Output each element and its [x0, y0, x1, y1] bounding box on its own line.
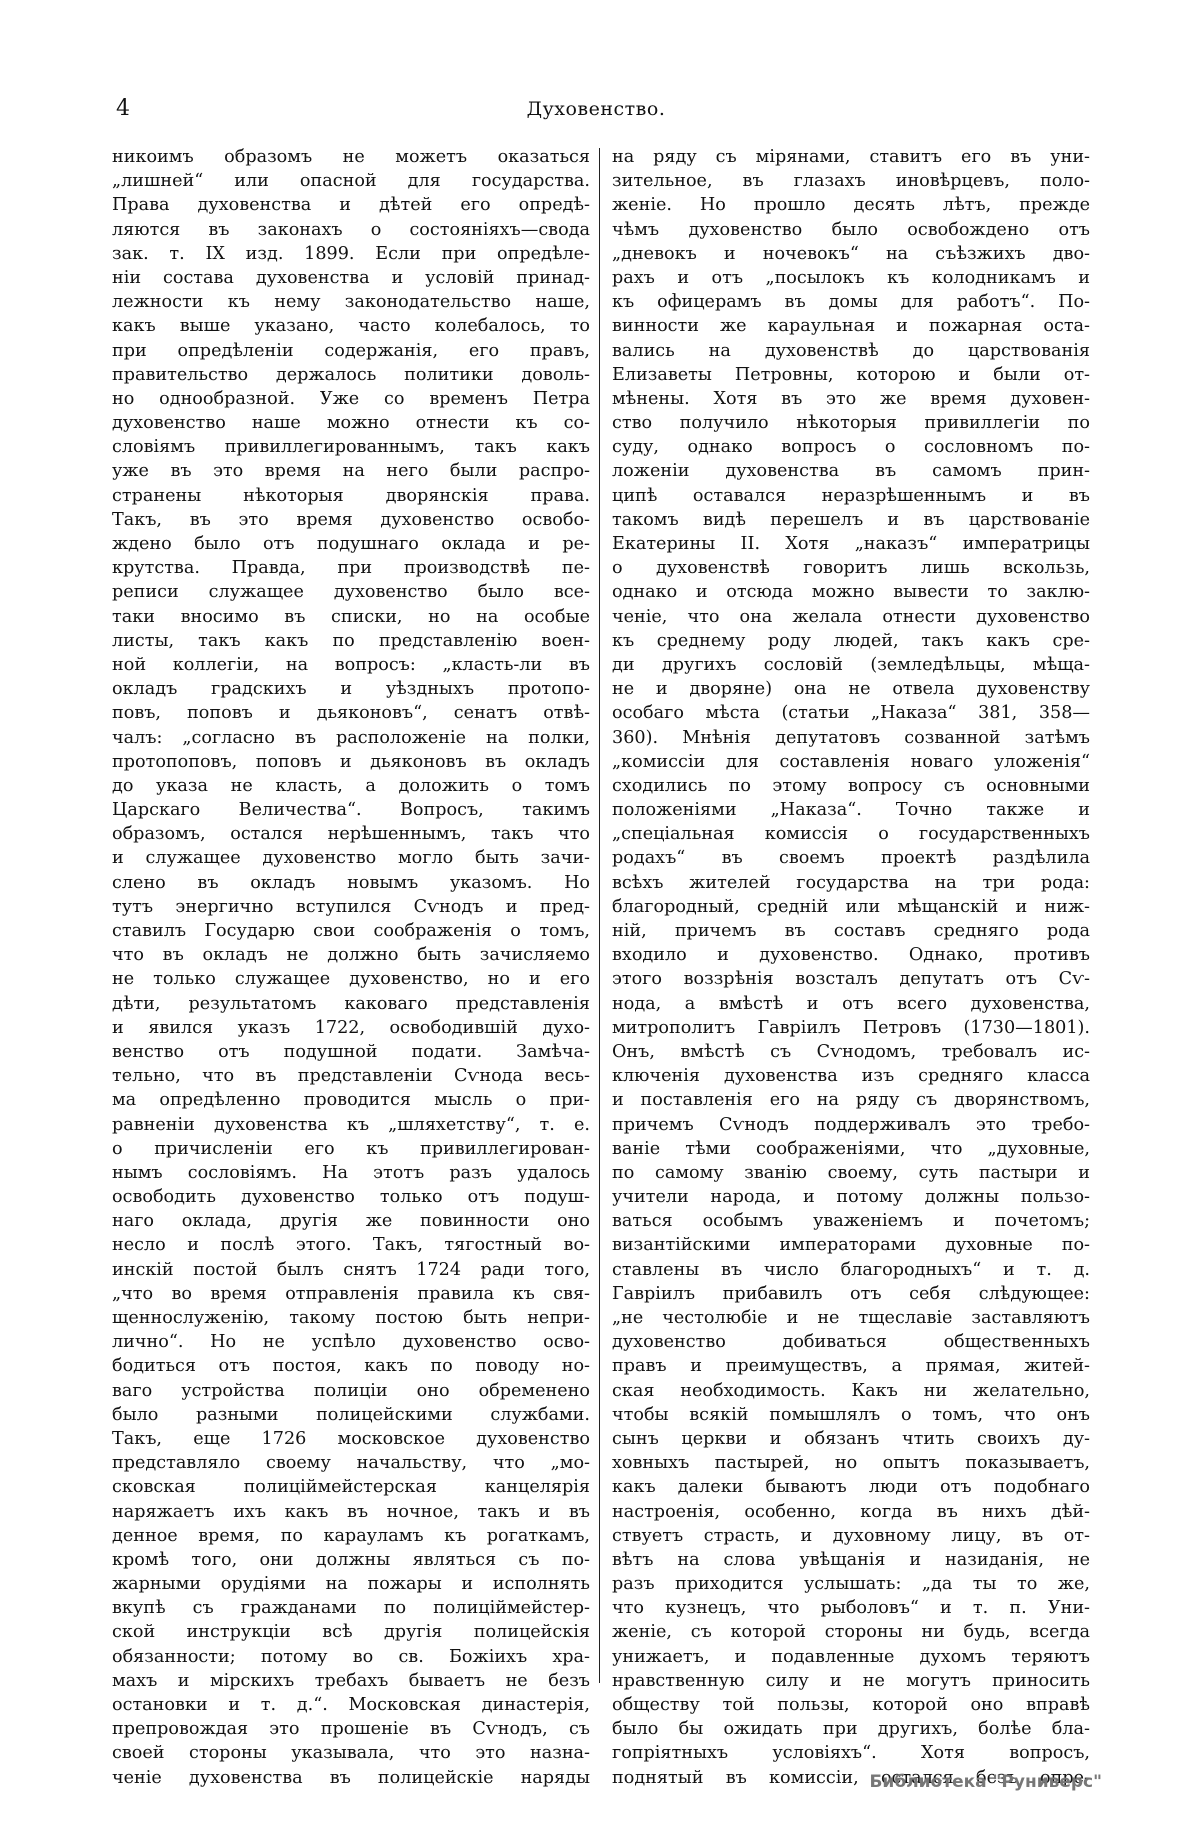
- text-line: ваніе тѣми соображеніями, что „духовные,: [612, 1137, 1090, 1161]
- text-line: вѣтъ на слова увѣщанія и назиданія, не: [612, 1548, 1090, 1572]
- text-line: ство получило нѣкоторыя привиллегіи по: [612, 411, 1090, 435]
- text-line: протопоповъ, поповъ и дьяконовъ въ оклад…: [112, 750, 590, 774]
- text-line: правъ и преимуществъ, а прямая, житей-: [612, 1354, 1090, 1378]
- left-column: никоимъ образомъ не можетъ оказаться„лиш…: [112, 145, 590, 1790]
- text-line: до указа не класть, а доложить о томъ: [112, 774, 590, 798]
- text-line: зительное, въ глазахъ иновѣрцевъ, поло-: [612, 169, 1090, 193]
- text-line: не только служащее духовенство, но и его: [112, 967, 590, 991]
- text-line: реписи служащее духовенство было все-: [112, 580, 590, 604]
- text-line: Елизаветы Петровны, которою и были от-: [612, 363, 1090, 387]
- text-line: препровождая это прошеніе въ Сѵнодъ, съ: [112, 1717, 590, 1741]
- text-line: нравственную силу и не могутъ приносить: [612, 1669, 1090, 1693]
- text-line: чтобы всякій помышлялъ о томъ, что онъ: [612, 1403, 1090, 1427]
- text-line: Такъ, въ это время духовенство освобо-: [112, 508, 590, 532]
- text-line: образомъ, остался нерѣшеннымъ, такъ что: [112, 822, 590, 846]
- text-line: жарными орудіями на пожары и исполнять: [112, 1572, 590, 1596]
- text-line: ствуетъ страсть, и духовному лицу, въ от…: [612, 1524, 1090, 1548]
- text-line: остановки и т. д.“. Московская династері…: [112, 1693, 590, 1717]
- text-line: сходились по этому вопросу съ основными: [612, 774, 1090, 798]
- text-line: и поставленія его на ряду съ дворянством…: [612, 1088, 1090, 1112]
- text-line: тутъ энергично вступился Сѵнодъ и пред-: [112, 895, 590, 919]
- text-line: словіямъ привиллегированнымъ, такъ какъ: [112, 435, 590, 459]
- text-line: наряжаетъ ихъ какъ въ ночное, такъ и въ: [112, 1500, 590, 1524]
- text-line: мѣнены. Хотя въ это же время духовен-: [612, 387, 1090, 411]
- text-line: освободить духовенство только отъ подуш-: [112, 1185, 590, 1209]
- column-divider: [599, 148, 600, 1683]
- text-line: своей стороны указывала, что это назна-: [112, 1741, 590, 1765]
- text-line: ной коллегіи, на вопросъ: „класть-ли въ: [112, 653, 590, 677]
- text-line: Такъ, еще 1726 московское духовенство: [112, 1427, 590, 1451]
- text-line: ченіе, что она желала отнести духовенств…: [612, 605, 1090, 629]
- text-line: было бы ожидать при другихъ, болѣе бла-: [612, 1717, 1090, 1741]
- text-line: этого воззрѣнія возсталъ депутатъ отъ Сѵ…: [612, 967, 1090, 991]
- text-line: „лишней“ или опасной для государства.: [112, 169, 590, 193]
- text-line: Онъ, вмѣстѣ съ Сѵнодомъ, требовалъ ис-: [612, 1040, 1090, 1064]
- text-line: ма опредѣленно проводится мысль о при-: [112, 1088, 590, 1112]
- text-line: листы, такъ какъ по представленію воен-: [112, 629, 590, 653]
- text-line: Царскаго Величества“. Вопросъ, такимъ: [112, 798, 590, 822]
- text-line: было разными полицейскими службами.: [112, 1403, 590, 1427]
- text-line: ній, причемъ въ составъ средняго рода: [612, 919, 1090, 943]
- text-line: духовенство наше можно отнести къ со-: [112, 411, 590, 435]
- text-line: чѣмъ духовенство было освобождено отъ: [612, 218, 1090, 242]
- text-line: повъ, поповъ и дьяконовъ“, сенатъ отвѣ-: [112, 701, 590, 725]
- text-line: родахъ“ въ своемъ проектѣ раздѣлила: [612, 846, 1090, 870]
- right-column: на ряду съ мірянами, ставитъ его въ уни-…: [612, 145, 1090, 1790]
- text-line: ховныхъ пастырей, но опытъ показываетъ,: [612, 1451, 1090, 1475]
- text-line: вались на духовенствѣ до царствованія: [612, 339, 1090, 363]
- text-line: дѣти, результатомъ каковаго представлені…: [112, 992, 590, 1016]
- text-line: сынъ церкви и обязанъ чтить своихъ ду-: [612, 1427, 1090, 1451]
- text-line: къ среднему роду людей, такъ какъ сре-: [612, 629, 1090, 653]
- text-line: бодиться отъ постоя, какъ по поводу но-: [112, 1354, 590, 1378]
- text-line: „дневокъ и ночевокъ“ на съѣзжихъ дво-: [612, 242, 1090, 266]
- text-line: о причисленіи его къ привиллегирован-: [112, 1137, 590, 1161]
- text-line: чалъ: „согласно въ расположеніе на полки…: [112, 726, 590, 750]
- text-line: всѣхъ жителей государства на три рода:: [612, 871, 1090, 895]
- text-line: входило и духовенство. Однако, противъ: [612, 943, 1090, 967]
- text-line: инскій постой былъ снятъ 1724 ради того,: [112, 1258, 590, 1282]
- text-line: лично“. Но не успѣло духовенство осво-: [112, 1330, 590, 1354]
- text-line: ставилъ Государю свои соображенія о томъ…: [112, 919, 590, 943]
- text-line: равненіи духовенства къ „шляхетству“, т.…: [112, 1113, 590, 1137]
- running-title: Духовенство.: [0, 98, 1192, 120]
- text-line: причемъ Сѵнодъ поддерживалъ это требо-: [612, 1113, 1090, 1137]
- text-line: „не честолюбіе и не тщеславіе заставляют…: [612, 1306, 1090, 1330]
- text-line: женіе. Но прошло десять лѣтъ, прежде: [612, 193, 1090, 217]
- library-watermark: Библиотека "Руниверс": [869, 1772, 1102, 1792]
- text-line: благородный, средній или мѣщанскій и ниж…: [612, 895, 1090, 919]
- text-line: ской инструкціи всѣ другія полицейскія: [112, 1620, 590, 1644]
- text-line: рахъ и отъ „посылокъ къ колодникамъ и: [612, 266, 1090, 290]
- text-line: не и дворяне) она не отвела духовенству: [612, 677, 1090, 701]
- text-line: ская необходимость. Какъ ни желательно,: [612, 1379, 1090, 1403]
- text-line: на ряду съ мірянами, ставитъ его въ уни-: [612, 145, 1090, 169]
- text-line: женіе, съ которой стороны ни будь, всегд…: [612, 1620, 1090, 1644]
- text-line: никоимъ образомъ не можетъ оказаться: [112, 145, 590, 169]
- text-line: ждено было отъ подушнаго оклада и ре-: [112, 532, 590, 556]
- text-line: ченіе духовенства въ полицейскіе наряды: [112, 1766, 590, 1790]
- text-line: крутства. Правда, при производствѣ пе-: [112, 556, 590, 580]
- text-line: ди другихъ сословій (земледѣльцы, мѣща-: [612, 653, 1090, 677]
- text-line: наго оклада, другія же повинности оно: [112, 1209, 590, 1233]
- text-line: Права духовенства и дѣтей его опредѣ-: [112, 193, 590, 217]
- text-line: уже въ это время на него были распро-: [112, 459, 590, 483]
- text-line: суду, однако вопросъ о сословномъ по-: [612, 435, 1090, 459]
- text-line: ваго устройства полиціи оно обременено: [112, 1379, 590, 1403]
- text-line: при опредѣленіи содержанія, его правъ,: [112, 339, 590, 363]
- text-line: и служащее духовенство могло быть зачи-: [112, 846, 590, 870]
- text-line: „спеціальная комиссія о государственныхъ: [612, 822, 1090, 846]
- text-line: странены нѣкоторыя дворянскія права.: [112, 484, 590, 508]
- text-line: „комиссіи для составленія новаго уложені…: [612, 750, 1090, 774]
- text-line: ключенія духовенства изъ средняго класса: [612, 1064, 1090, 1088]
- text-line: ципѣ оставался неразрѣшеннымъ и въ: [612, 484, 1090, 508]
- text-line: митрополитъ Гавріилъ Петровъ (1730—1801)…: [612, 1016, 1090, 1040]
- text-line: венство отъ подушной подати. Замѣча-: [112, 1040, 590, 1064]
- text-line: ставлены въ число благородныхъ“ и т. д.: [612, 1258, 1090, 1282]
- text-line: правительство держалось политики доволь-: [112, 363, 590, 387]
- text-line: представляло своему начальству, что „мо-: [112, 1451, 590, 1475]
- text-line: махъ и мірскихъ требахъ бываетъ не безъ: [112, 1669, 590, 1693]
- text-line: гопріятныхъ условіяхъ“. Хотя вопросъ,: [612, 1741, 1090, 1765]
- text-line: духовенство добиваться общественныхъ: [612, 1330, 1090, 1354]
- text-line: какъ выше указано, часто колебалось, то: [112, 314, 590, 338]
- text-line: щеннослуженію, такому постою быть непри-: [112, 1306, 590, 1330]
- text-line: какъ далеки бываютъ люди отъ подобнаго: [612, 1475, 1090, 1499]
- text-line: положеніями „Наказа“. Точно также и: [612, 798, 1090, 822]
- text-line: настроенія, особенно, когда въ нихъ дѣй-: [612, 1500, 1090, 1524]
- text-line: нода, а вмѣстѣ и отъ всего духовенства,: [612, 992, 1090, 1016]
- text-line: Екатерины II. Хотя „наказъ“ императрицы: [612, 532, 1090, 556]
- text-line: зак. т. IX изд. 1899. Если при опредѣле-: [112, 242, 590, 266]
- text-line: ляются въ законахъ о состояніяхъ—свода: [112, 218, 590, 242]
- text-line: обществу той пользы, которой оно вправѣ: [612, 1693, 1090, 1717]
- text-line: „что во время отправленія правила къ свя…: [112, 1282, 590, 1306]
- text-line: окладъ градскихъ и уѣздныхъ протопо-: [112, 677, 590, 701]
- text-line: по самому званію своему, суть пастыри и: [612, 1161, 1090, 1185]
- text-line: разъ приходится услышать: „да ты то же,: [612, 1572, 1090, 1596]
- text-line: вкупѣ съ гражданами по полиціймейстер-: [112, 1596, 590, 1620]
- text-line: Гавріилъ прибавилъ отъ себя слѣдующее:: [612, 1282, 1090, 1306]
- text-line: но однообразной. Уже со временъ Петра: [112, 387, 590, 411]
- text-line: особаго мѣста (статьи „Наказа“ 381, 358—: [612, 701, 1090, 725]
- text-line: тельно, что въ представленіи Сѵнода весь…: [112, 1064, 590, 1088]
- text-line: византійскими императорами духовные по-: [612, 1233, 1090, 1257]
- text-line: обязанности; потому во св. Божіихъ хра-: [112, 1645, 590, 1669]
- text-line: несло и послѣ этого. Такъ, тягостный во-: [112, 1233, 590, 1257]
- text-line: денное время, по карауламъ къ рогаткамъ,: [112, 1524, 590, 1548]
- text-line: таки вносимо въ списки, но на особые: [112, 605, 590, 629]
- text-line: что въ окладъ не должно быть зачисляемо: [112, 943, 590, 967]
- text-line: кромѣ того, они должны являться съ по-: [112, 1548, 590, 1572]
- text-line: 360). Мнѣнія депутатовъ созванной затѣмъ: [612, 726, 1090, 750]
- text-line: слено въ окладъ новымъ указомъ. Но: [112, 871, 590, 895]
- text-line: ваться особымъ уваженіемъ и почетомъ;: [612, 1209, 1090, 1233]
- text-line: сковская полиціймейстерская канцелярія: [112, 1475, 590, 1499]
- text-line: къ офицерамъ въ домы для работъ“. По-: [612, 290, 1090, 314]
- text-line: о духовенствѣ говоритъ лишь вскользь,: [612, 556, 1090, 580]
- text-line: нымъ сословіямъ. На этотъ разъ удалось: [112, 1161, 590, 1185]
- text-line: и явился указъ 1722, освободившій духо-: [112, 1016, 590, 1040]
- text-line: унижаетъ, и подавленные духомъ теряютъ: [612, 1645, 1090, 1669]
- text-line: ложеніи духовенства въ самомъ прин-: [612, 459, 1090, 483]
- text-line: однако и отсюда можно вывести то заклю-: [612, 580, 1090, 604]
- text-line: лежности къ нему законодательство наше,: [112, 290, 590, 314]
- text-line: винности же караульная и пожарная оста-: [612, 314, 1090, 338]
- text-line: учители народа, и потому должны пользо-: [612, 1185, 1090, 1209]
- text-line: что кузнецъ, что рыболовъ“ и т. п. Уни-: [612, 1596, 1090, 1620]
- text-line: такомъ видѣ перешелъ и въ царствованіе: [612, 508, 1090, 532]
- text-line: ніи состава духовенства и условій принад…: [112, 266, 590, 290]
